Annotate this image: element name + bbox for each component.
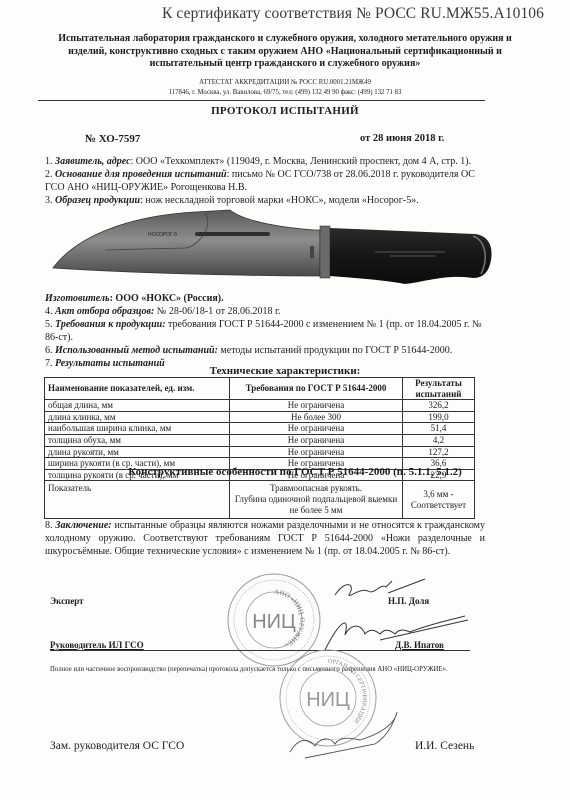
requirement-cell: Не ограничена bbox=[230, 400, 403, 412]
protocol-title: ПРОТОКОЛ ИСПЫТАНИЙ bbox=[0, 105, 570, 117]
column-header: Наименование показателей, ед. изм. bbox=[45, 378, 230, 400]
deputy-role: Зам. руководителя ОС ГСО bbox=[50, 740, 184, 752]
indicator-cell: Показатель bbox=[45, 481, 230, 519]
item-sample: 3. Образец продукции: нож нескладной тор… bbox=[45, 194, 485, 207]
parameter-cell: общая длина, мм bbox=[45, 400, 230, 412]
protocol-number: № ХО-7597 bbox=[85, 133, 140, 145]
head-role: Руководитель ИЛ ГСО bbox=[50, 640, 144, 650]
header-divider bbox=[38, 100, 485, 101]
column-header: Результаты испытаний bbox=[403, 378, 475, 400]
table-row: Показатель Травмоопасная рукоять. Глубин… bbox=[45, 481, 475, 519]
expert-role: Эксперт bbox=[50, 596, 84, 606]
item-test-method: 6. Использованный метод испытаний: метод… bbox=[45, 344, 495, 357]
item-applicant: 1. Заявитель, адрес: ООО «Техкомплект» (… bbox=[45, 155, 485, 168]
head-name: Д.В. Ипатов bbox=[395, 640, 444, 650]
reproduction-note: Полное или частичное воспроизводство (пе… bbox=[50, 666, 448, 673]
svg-text:НИЦ: НИЦ bbox=[252, 611, 296, 633]
protocol-items-continued: Изготовитель: ООО «НОКС» (Россия). 4. Ак… bbox=[45, 292, 495, 370]
tech-table-title: Технические характеристики: bbox=[0, 365, 570, 377]
protocol-items: 1. Заявитель, адрес: ООО «Техкомплект» (… bbox=[45, 155, 485, 207]
lab-address: 117846, г. Москва, ул. Вавилова, 69/75, … bbox=[40, 88, 530, 98]
svg-text:НИЦ: НИЦ bbox=[306, 689, 350, 711]
requirement-cell: Не ограничена bbox=[230, 423, 403, 435]
table-row: толщина обуха, ммНе ограничена4,2 bbox=[45, 434, 475, 446]
deputy-signature-icon bbox=[285, 710, 405, 760]
item-basis: 2. Основание для проведения испытаний: п… bbox=[45, 168, 485, 194]
requirement-cell: Не более 300 bbox=[230, 411, 403, 423]
conclusion: 8. Заключение: испытанные образцы являют… bbox=[45, 519, 485, 558]
item-sampling-act: 4. Акт отбора образцов: № 28-06/18-1 от … bbox=[45, 305, 495, 318]
result-cell: 127,2 bbox=[403, 446, 475, 458]
table-header-row: Наименование показателей, ед. изм. Требо… bbox=[45, 378, 475, 400]
accreditation-block: АТТЕСТАТ АККРЕДИТАЦИИ № РОСС RU.0001.21М… bbox=[40, 78, 530, 98]
svg-text:НОСОРОГ-5: НОСОРОГ-5 bbox=[148, 232, 177, 238]
result-cell: 4,2 bbox=[403, 434, 475, 446]
result-cell: 51,4 bbox=[403, 423, 475, 435]
parameter-cell: длина рукояти, мм bbox=[45, 446, 230, 458]
knife-photo: НОСОРОГ-5 bbox=[45, 208, 525, 290]
lab-title: Испытательная лаборатория гражданского и… bbox=[40, 33, 530, 71]
requirement-cell: Травмоопасная рукоять. Глубина одиночной… bbox=[230, 481, 403, 519]
deputy-name: И.И. Сезень bbox=[415, 740, 474, 752]
accreditation-number: АТТЕСТАТ АККРЕДИТАЦИИ № РОСС RU.0001.21М… bbox=[40, 78, 530, 88]
certificate-reference: К сертификату соответствия № РОСС RU.МЖ5… bbox=[162, 5, 544, 23]
table-row: наибольшая ширина клинка, ммНе ограничен… bbox=[45, 423, 475, 435]
parameter-cell: толщина обуха, мм bbox=[45, 434, 230, 446]
result-cell: 199,0 bbox=[403, 411, 475, 423]
constructive-features-title: Конструктивные особенности по ГОСТ Р 516… bbox=[0, 466, 570, 478]
constructive-features-table: Показатель Травмоопасная рукоять. Глубин… bbox=[44, 480, 475, 519]
expert-name: Н.П. Доля bbox=[388, 596, 429, 606]
result-cell: 3,6 мм - Соответствует bbox=[403, 481, 475, 519]
protocol-date: от 28 июня 2018 г. bbox=[360, 133, 444, 144]
parameter-cell: наибольшая ширина клинка, мм bbox=[45, 423, 230, 435]
item-manufacturer: Изготовитель: ООО «НОКС» (Россия). bbox=[45, 292, 495, 305]
column-header: Требования по ГОСТ Р 51644-2000 bbox=[230, 378, 403, 400]
item-requirements: 5. Требования к продукции: требования ГО… bbox=[45, 318, 495, 344]
parameter-cell: длина клинка, мм bbox=[45, 411, 230, 423]
signature-line bbox=[50, 650, 470, 651]
requirement-cell: Не ограничена bbox=[230, 446, 403, 458]
result-cell: 326,2 bbox=[403, 400, 475, 412]
table-row: длина рукояти, ммНе ограничена127,2 bbox=[45, 446, 475, 458]
table-row: общая длина, ммНе ограничена326,2 bbox=[45, 400, 475, 412]
requirement-cell: Не ограничена bbox=[230, 434, 403, 446]
table-row: длина клинка, ммНе более 300199,0 bbox=[45, 411, 475, 423]
